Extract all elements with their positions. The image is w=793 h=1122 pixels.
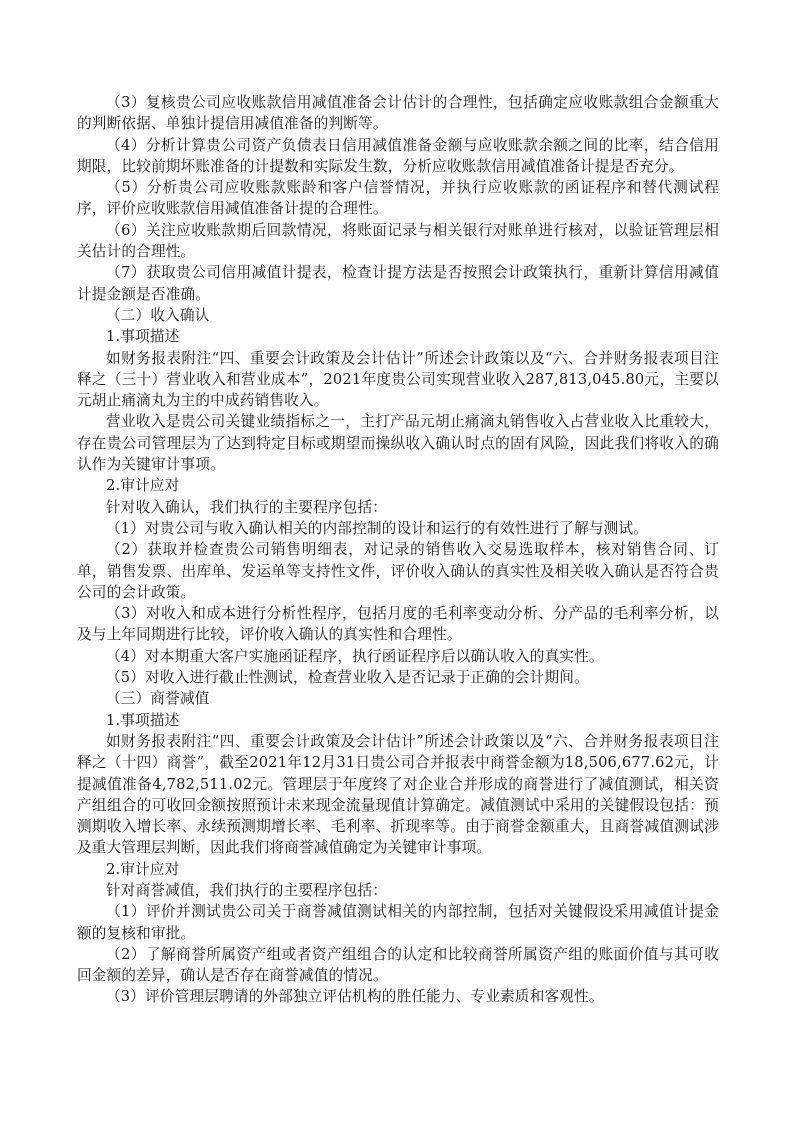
paragraph: （7）获取贵公司信用减值计提表，检查计提方法是否按照会计政策执行，重新计算信用减… (77, 262, 719, 305)
paragraph: 营业收入是贵公司关键业绩指标之一，主打产品元胡止痛滴丸销售收入占营业收入比重较大… (77, 411, 719, 475)
paragraph: （6）关注应收账款期后回款情况，将账面记录与相关银行对账单进行核对，以验证管理层… (77, 220, 719, 263)
paragraph: 针对收入确认，我们执行的主要程序包括： (77, 497, 719, 518)
procedure-item: （1）对贵公司与收入确认相关的内部控制的设计和运行的有效性进行了解与测试。 (77, 518, 719, 539)
procedure-item: （4）对本期重大客户实施函证程序，执行函证程序后以确认收入的真实性。 (77, 646, 719, 667)
subheading-response: 2.审计应对 (77, 859, 719, 880)
paragraph: 如财务报表附注“四、重要会计政策及会计估计”所述会计政策以及“六、合并财务报表项… (77, 731, 719, 859)
procedure-item: （3）对收入和成本进行分析性程序，包括月度的毛利率变动分析、分产品的毛利率分析，… (77, 603, 719, 646)
paragraph: 针对商誉减值，我们执行的主要程序包括： (77, 880, 719, 901)
subheading-description: 1.事项描述 (77, 326, 719, 347)
paragraph: 如财务报表附注“四、重要会计政策及会计估计”所述会计政策以及“六、合并财务报表项… (77, 348, 719, 412)
procedure-item: （2）获取并检查贵公司销售明细表，对记录的销售收入交易选取样本，核对销售合同、订… (77, 539, 719, 603)
section-heading-revenue: （二）收入确认 (77, 305, 719, 326)
procedure-item: （5）对收入进行截止性测试，检查营业收入是否记录于正确的会计期间。 (77, 667, 719, 688)
document-page: （3）复核贵公司应收账款信用减值准备会计估计的合理性，包括确定应收账款组合金额重… (77, 92, 719, 1008)
procedure-item: （3）评价管理层聘请的外部独立评估机构的胜任能力、专业素质和客观性。 (77, 986, 719, 1007)
procedure-item: （1）评价并测试贵公司关于商誉减值测试相关的内部控制，包括对关键假设采用减值计提… (77, 901, 719, 944)
paragraph: （4）分析计算贵公司资产负债表日信用减值准备金额与应收账款余额之间的比率，结合信… (77, 135, 719, 178)
paragraph: （3）复核贵公司应收账款信用减值准备会计估计的合理性，包括确定应收账款组合金额重… (77, 92, 719, 135)
section-heading-goodwill: （三）商誉减值 (77, 688, 719, 709)
paragraph: （5）分析贵公司应收账款账龄和客户信誉情况，并执行应收账款的函证程序和替代测试程… (77, 177, 719, 220)
subheading-response: 2.审计应对 (77, 475, 719, 496)
procedure-item: （2）了解商誉所属资产组或者资产组组合的认定和比较商誉所属资产组的账面价值与其可… (77, 944, 719, 987)
subheading-description: 1.事项描述 (77, 710, 719, 731)
